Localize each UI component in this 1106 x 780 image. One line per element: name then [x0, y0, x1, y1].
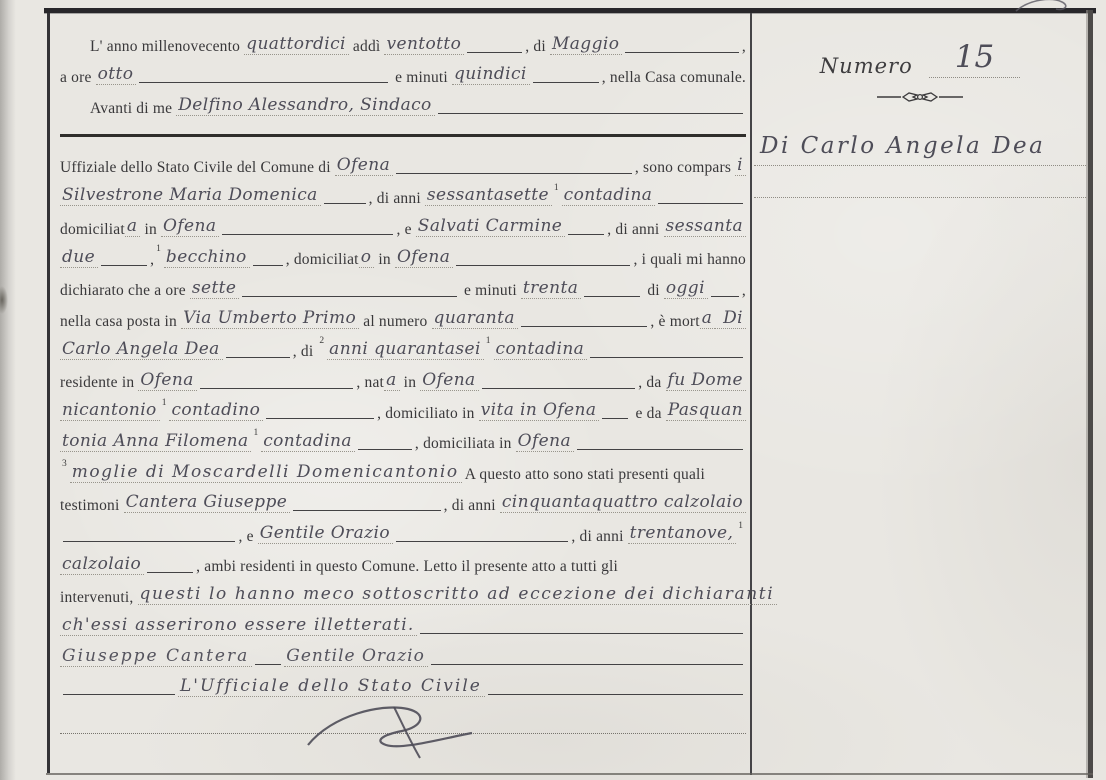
blank-line: [577, 439, 743, 450]
handwritten-entry: calzolaio: [60, 556, 144, 575]
handwritten-entry: trentanove,: [628, 525, 737, 544]
blank-line: [438, 103, 743, 114]
printed-text: , di anni: [571, 529, 627, 545]
handwritten-entry: anni quarantasei: [327, 341, 484, 360]
act-line: Silvestrone Maria Domenica, di anni sess…: [60, 176, 746, 207]
printed-text: ,: [742, 39, 746, 55]
printed-text: ,: [150, 252, 154, 268]
handwritten-entry: becchino: [164, 249, 250, 268]
blank-line: [431, 654, 743, 665]
printed-text: , domiciliato in: [377, 406, 479, 422]
printed-text: domiciliat: [60, 222, 125, 238]
blank-line: [253, 255, 283, 266]
handwritten-entry: i: [735, 157, 746, 176]
printed-text: in: [400, 375, 421, 391]
printed-text: , è mort: [650, 314, 699, 330]
printed-text: di: [643, 283, 664, 299]
blank-line: [358, 439, 412, 450]
handwritten-entry: Silvestrone Maria Domenica: [60, 187, 321, 206]
handwritten-entry: due: [60, 249, 98, 268]
blank-line: [226, 347, 290, 358]
blank-line: [324, 193, 366, 204]
section-rule: [60, 116, 746, 137]
act-line: dichiarato che a ore sette e minuti tren…: [60, 268, 746, 299]
handwritten-entry: tonia Anna Filomena: [60, 433, 251, 452]
blank-line: [242, 286, 457, 297]
blank-line: [625, 42, 739, 53]
handwritten-entry: cinquantaquattro calzolaio: [500, 494, 746, 513]
blank-line: [456, 255, 630, 266]
handwritten-entry: quindici: [452, 66, 530, 85]
footnote-mark: 1: [253, 429, 258, 439]
printed-text: , nat: [356, 375, 384, 391]
blank-line: [568, 224, 604, 235]
handwritten-entry: Maggio: [550, 36, 622, 55]
blank-line: [101, 255, 147, 266]
act-line: Avanti di me Delfino Alessandro, Sindaco: [60, 85, 746, 116]
blank-line: [222, 224, 393, 235]
form-border-bottom: [46, 773, 1093, 775]
numero-row: Numero 15: [754, 39, 1086, 78]
scan-left-edge: [0, 0, 16, 780]
margin-divider-rule: [750, 13, 752, 775]
form-border-left: [47, 13, 50, 773]
footnote-mark: 2: [319, 337, 324, 347]
handwritten-entry: trenta: [521, 280, 581, 299]
handwritten-entry: Ofena: [335, 157, 393, 176]
act-line: intervenuti, questi lo hanno meco sottos…: [60, 575, 746, 606]
blank-line: [521, 316, 648, 327]
blank-line: [293, 500, 440, 511]
record-margin-panel: Numero 15 Di Carlo Angela Dea: [754, 13, 1086, 773]
witness-signature: Gentile Orazio: [284, 648, 428, 667]
handwritten-entry: Ofena: [516, 433, 574, 452]
printed-text: , di: [293, 344, 318, 360]
official-signature-block: [60, 699, 746, 757]
handwritten-entry: contadina: [261, 433, 355, 452]
handwritten-entry: Pasquan: [666, 402, 746, 421]
act-line: a ore otto e minuti quindici, nella Casa…: [60, 55, 746, 86]
handwritten-entry: contadino: [169, 402, 263, 421]
handwritten-entry: oggi: [664, 280, 708, 299]
indent-spacer: [60, 54, 90, 55]
act-line: nicantonio1contadino, domiciliato in vit…: [60, 391, 746, 422]
printed-text: , e: [396, 222, 415, 238]
handwritten-entry: Delfino Alessandro, Sindaco: [176, 97, 434, 116]
handwritten-entry: contadina: [562, 187, 656, 206]
blank-line: [711, 286, 739, 297]
footnote-mark: 1: [738, 522, 743, 532]
act-lines: L' anno millenovecento quattordici addì …: [60, 24, 746, 697]
margin-deceased-name: Di Carlo Angela Dea: [754, 133, 1086, 166]
blank-line: [147, 562, 193, 573]
handwritten-entry: contadina: [494, 341, 588, 360]
printed-text: A questo atto sono stati presenti quali: [462, 467, 706, 483]
blank-line: [139, 72, 388, 83]
act-line: L' anno millenovecento quattordici addì …: [60, 24, 746, 55]
handwritten-entry: quattordici: [244, 36, 349, 55]
handwritten-entry: ventotto: [384, 36, 464, 55]
printed-text: , nella Casa comunale.: [602, 70, 746, 86]
printed-text: residente in: [60, 375, 138, 391]
handwritten-entry: Ofena: [138, 372, 196, 391]
act-line: Uffiziale dello Stato Civile del Comune …: [60, 145, 746, 176]
act-line: Giuseppe CanteraGentile Orazio: [60, 636, 746, 667]
printed-text: nella casa posta in: [60, 314, 181, 330]
handwritten-entry: Ofena: [420, 372, 478, 391]
blank-line: [482, 378, 636, 389]
blank-line: [658, 193, 743, 204]
printed-text: , i quali mi hanno: [633, 252, 746, 268]
handwritten-entry: Via Umberto Primo: [181, 310, 359, 329]
act-line: residente in Ofena, nata in Ofena, da fu…: [60, 360, 746, 391]
blank-line: [467, 42, 522, 53]
printed-text: e da: [631, 406, 665, 422]
act-line: nella casa posta in Via Umberto Primo al…: [60, 299, 746, 330]
printed-text: e minuti: [391, 70, 452, 86]
blank-line: [396, 163, 632, 174]
act-line: 3moglie di Moscardelli Domenicantonio A …: [60, 452, 746, 483]
printed-text: addì: [349, 39, 385, 55]
act-line: , e Gentile Orazio, di anni trentanove,1: [60, 513, 746, 544]
printed-text: al numero: [359, 314, 431, 330]
divider-ornament-icon: [754, 90, 1086, 109]
printed-text: , di anni: [444, 498, 500, 514]
handwritten-entry: sessantasette: [425, 187, 552, 206]
printed-text: ,: [742, 283, 746, 299]
blank-line: [63, 531, 235, 542]
footnote-mark: 1: [162, 399, 167, 409]
printed-text: , e: [238, 529, 257, 545]
printed-text: , ambi residenti in questo Comune. Letto…: [196, 559, 618, 575]
handwritten-entry: ch'essi asserirono essere illetterati.: [60, 617, 417, 636]
handwritten-entry: a: [125, 218, 141, 237]
handwritten-entry: moglie di Moscardelli Domenicantonio: [70, 464, 462, 483]
act-body: L' anno millenovecento quattordici addì …: [60, 24, 746, 757]
printed-text: , di: [525, 39, 550, 55]
blank-line: [255, 654, 281, 665]
printed-text: , di anni: [607, 222, 663, 238]
margin-empty-line: [754, 166, 1086, 198]
blank-line: [266, 408, 374, 419]
printed-text: L' anno millenovecento: [90, 39, 244, 55]
death-record-scan: L' anno millenovecento quattordici addì …: [0, 0, 1106, 780]
printed-text: , sono compars: [635, 160, 735, 176]
blank-line: [396, 531, 568, 542]
blank-line: [63, 684, 175, 695]
handwritten-entry: sette: [190, 280, 240, 299]
handwritten-entry: Cantera Giuseppe: [124, 494, 291, 513]
handwritten-entry: sessanta: [664, 218, 746, 237]
handwritten-entry: otto: [96, 66, 137, 85]
printed-text: in: [140, 222, 161, 238]
handwritten-entry: o: [359, 249, 375, 268]
handwritten-entry: Ofena: [161, 218, 219, 237]
blank-line: [590, 347, 743, 358]
printed-text: dichiarato che a ore: [60, 283, 190, 299]
blank-line: [602, 408, 628, 419]
handwritten-entry: Ofena: [395, 249, 453, 268]
blank-line: [488, 684, 743, 695]
indent-spacer: [60, 115, 90, 116]
numero-label: Numero: [820, 54, 913, 78]
handwritten-entry: nicantonio: [60, 402, 160, 421]
act-line: Carlo Angela Dea, di 2anni quarantasei1c…: [60, 329, 746, 360]
printed-text: a ore: [60, 70, 96, 86]
witness-signature: Giuseppe Cantera: [60, 648, 252, 667]
handwritten-entry: a: [700, 310, 716, 329]
form-border-right: [1088, 10, 1093, 778]
handwritten-entry: quaranta: [432, 310, 518, 329]
printed-text: intervenuti,: [60, 590, 138, 606]
printed-text: , domiciliat: [286, 252, 359, 268]
footnote-mark: 1: [486, 337, 491, 347]
handwritten-entry: Di: [715, 310, 746, 329]
footnote-mark: 1: [156, 245, 161, 255]
numero-value: 15: [929, 39, 1020, 78]
act-line: calzolaio, ambi residenti in questo Comu…: [60, 544, 746, 575]
act-line: domiciliata in Ofena, e Salvati Carmine,…: [60, 206, 746, 237]
handwritten-entry: fu Dome: [666, 372, 747, 391]
handwritten-entry: vita in Ofena: [479, 402, 600, 421]
official-signature-flourish-icon: [290, 701, 520, 759]
act-line: due,1becchino, domiciliato in Ofena, i q…: [60, 237, 746, 268]
printed-text: , domiciliata in: [415, 436, 516, 452]
footnote-mark: 3: [62, 460, 67, 470]
printed-text: testimoni: [60, 498, 124, 514]
blank-line: [584, 286, 640, 297]
printed-text: Uffiziale dello Stato Civile del Comune …: [60, 160, 335, 176]
act-line: tonia Anna Filomena1contadina, domicilia…: [60, 421, 746, 452]
handwritten-entry: a: [384, 372, 400, 391]
blank-line: [533, 72, 599, 83]
handwritten-entry: L'Ufficiale dello Stato Civile: [178, 678, 485, 697]
printed-text: in: [374, 252, 395, 268]
handwritten-entry: Gentile Orazio: [258, 525, 393, 544]
act-line: ch'essi asserirono essere illetterati.: [60, 605, 746, 636]
handwritten-entry: Salvati Carmine: [416, 218, 565, 237]
printed-text: e minuti: [460, 283, 521, 299]
handwritten-entry: questi lo hanno meco sottoscritto ad ecc…: [138, 586, 778, 605]
footnote-mark: 1: [554, 184, 559, 194]
blank-line: [200, 378, 354, 389]
printed-text: , di anni: [369, 191, 425, 207]
printed-text: Avanti di me: [90, 101, 176, 117]
act-line: testimoni Cantera Giuseppe, di anni cinq…: [60, 483, 746, 514]
handwritten-entry: Carlo Angela Dea: [60, 341, 223, 360]
act-line: L'Ufficiale dello Stato Civile: [60, 667, 746, 698]
printed-text: , da: [638, 375, 665, 391]
blank-line: [420, 623, 743, 634]
ink-flourish-icon: [1012, 0, 1082, 13]
